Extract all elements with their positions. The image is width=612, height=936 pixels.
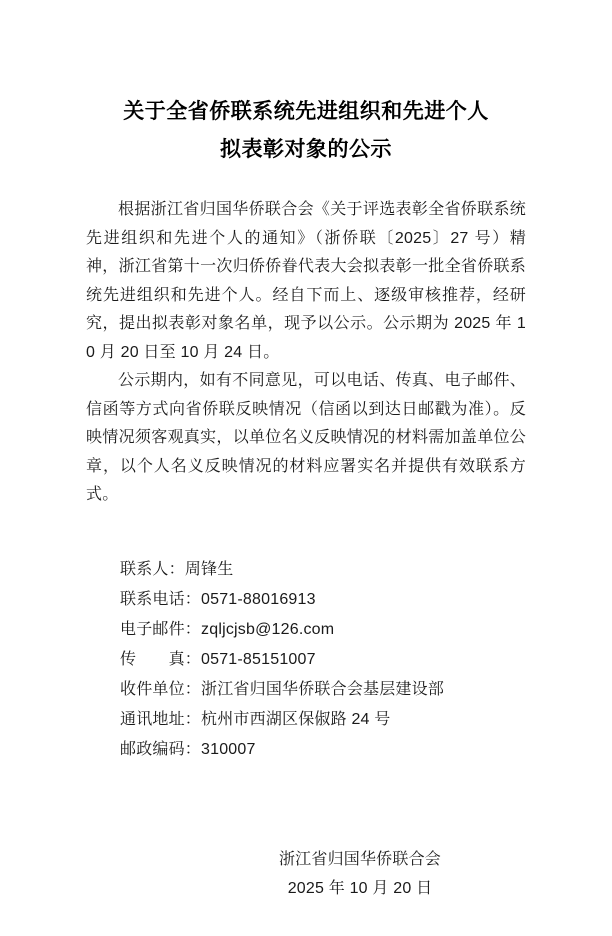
title-line-2: 拟表彰对象的公示 [86,130,526,168]
contact-row-phone: 联系电话：0571-88016913 [120,585,526,615]
contact-row-mail-address: 通讯地址：杭州市西湖区保俶路 24 号 [120,705,526,735]
contact-label: 电子邮件： [120,621,201,638]
paragraph-feedback-instructions: 公示期内，如有不同意见，可以电话、传真、电子邮件、信函等方式向省侨联反映情况（信… [86,367,526,510]
contact-row-fax: 传 真：0571-85151007 [120,645,526,675]
document-page: 关于全省侨联系统先进组织和先进个人 拟表彰对象的公示 根据浙江省归国华侨联合会《… [0,0,612,936]
contact-label: 通讯地址： [120,711,201,728]
contact-value: 周锋生 [185,561,234,578]
contact-row-email: 电子邮件：zqljcjsb@126.com [120,615,526,645]
contact-label: 联系电话： [120,591,201,608]
title-line-1: 关于全省侨联系统先进组织和先进个人 [86,92,526,130]
contact-row-recipient-unit: 收件单位：浙江省归国华侨联合会基层建设部 [120,675,526,705]
paragraph-basis: 根据浙江省归国华侨联合会《关于评选表彰全省侨联系统先进组织和先进个人的通知》（浙… [86,196,526,367]
document-title: 关于全省侨联系统先进组织和先进个人 拟表彰对象的公示 [86,92,526,168]
contact-label: 传 真： [120,651,201,668]
contact-label: 收件单位： [120,681,201,698]
contact-value: zqljcjsb@126.com [201,621,334,638]
contact-info-block: 联系人：周锋生 联系电话：0571-88016913 电子邮件：zqljcjsb… [86,555,526,765]
contact-value: 0571-88016913 [201,591,316,608]
document-body: 关于全省侨联系统先进组织和先进个人 拟表彰对象的公示 根据浙江省归国华侨联合会《… [86,92,526,903]
contact-row-person: 联系人：周锋生 [120,555,526,585]
signature-organization: 浙江省归国华侨联合会 [194,845,526,874]
contact-label: 联系人： [120,561,185,578]
contact-row-postal-code: 邮政编码：310007 [120,735,526,765]
contact-value: 杭州市西湖区保俶路 24 号 [201,711,391,728]
contact-value: 浙江省归国华侨联合会基层建设部 [201,681,444,698]
contact-value: 310007 [201,741,256,758]
contact-value: 0571-85151007 [201,651,316,668]
signature-date: 2025 年 10 月 20 日 [194,874,526,903]
signature-block: 浙江省归国华侨联合会 2025 年 10 月 20 日 [86,845,526,903]
contact-label: 邮政编码： [120,741,201,758]
